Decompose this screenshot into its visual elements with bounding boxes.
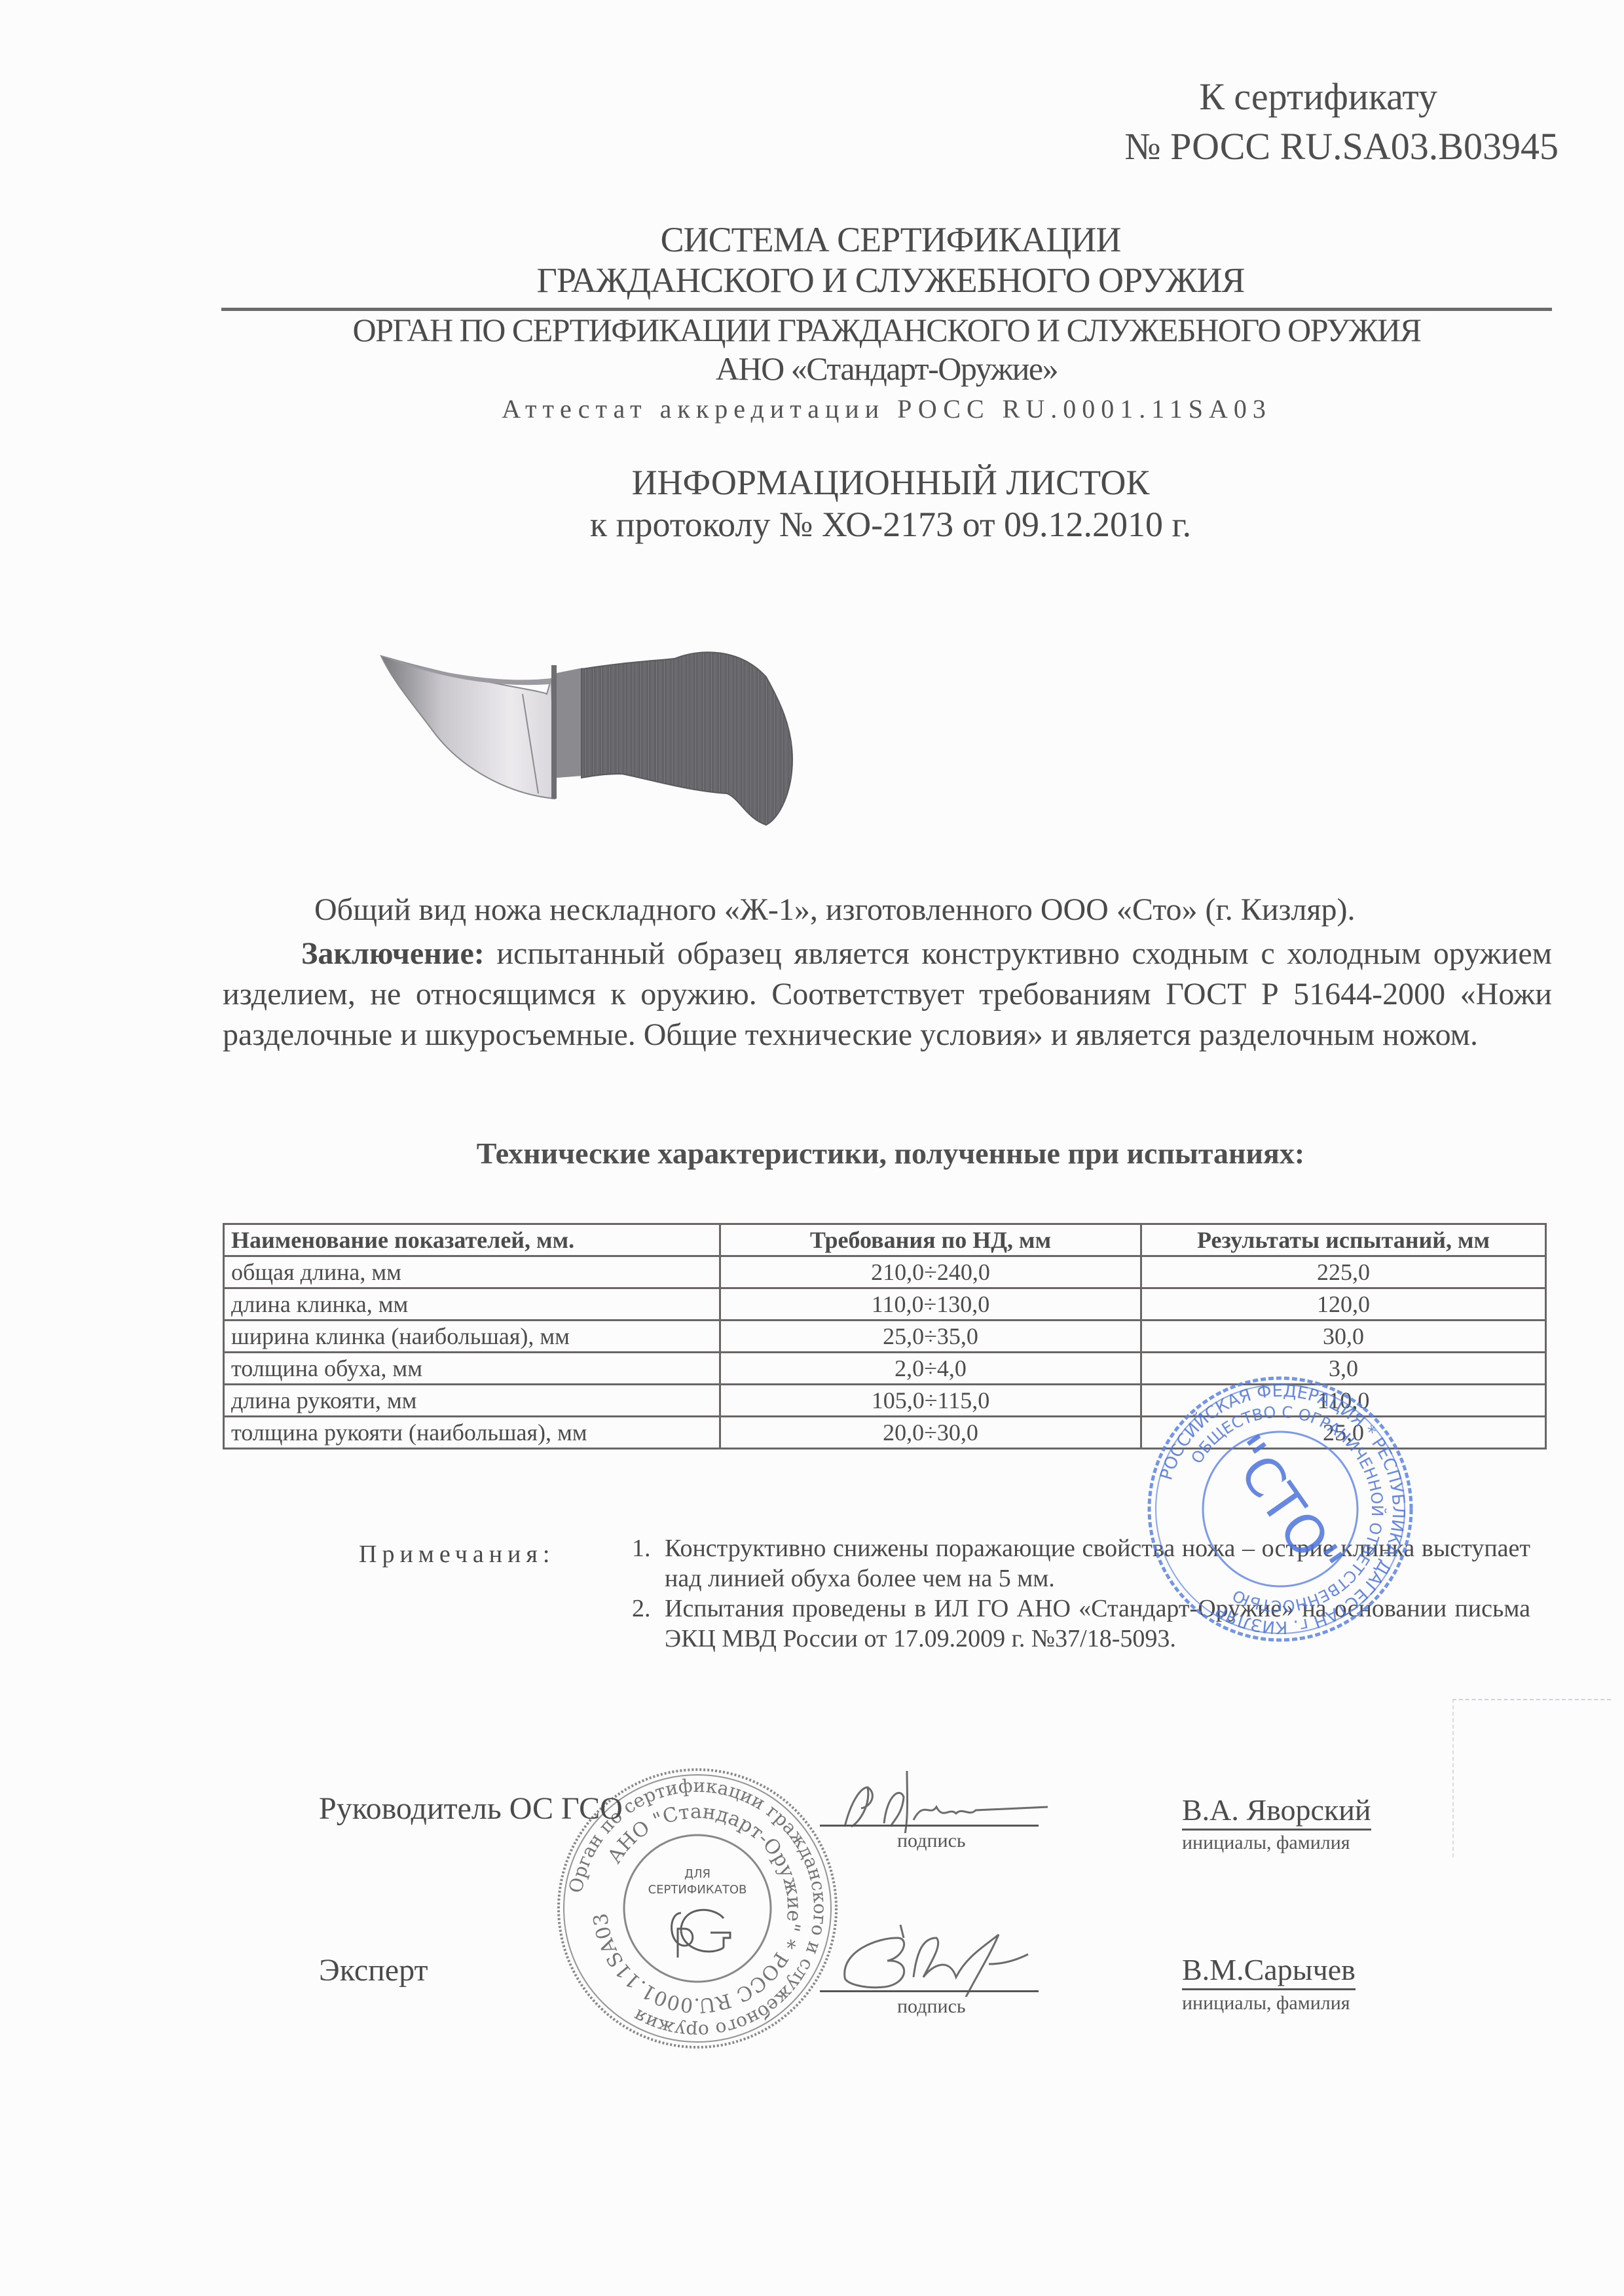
signature-line [820, 1990, 1039, 1992]
signatory-name: В.А. Яворский [1182, 1793, 1371, 1831]
signature-caption: подпись [897, 1830, 966, 1852]
notes-label: Примечания: [359, 1540, 555, 1569]
certificate-ref-label: К сертификату [1124, 72, 1437, 122]
test-result: 30,0 [1141, 1321, 1546, 1353]
tech-title: Технические характеристики, полученные п… [0, 1136, 1624, 1171]
stamp-center-line1: ДЛЯ [684, 1867, 710, 1881]
signatory-name: В.М.Сарычев [1182, 1952, 1356, 1990]
test-result: 120,0 [1141, 1288, 1546, 1321]
rst-mark-icon [672, 1910, 730, 1958]
accreditation: Аттестат аккредитации РОСС RU.0001.11SA0… [221, 388, 1552, 431]
signature-caption: подпись [897, 1995, 966, 2018]
image-caption: Общий вид ножа нескладного «Ж-1», изгото… [223, 890, 1552, 930]
name-caption: инициалы, фамилия [1182, 1832, 1350, 1854]
sheet-title: ИНФОРМАЦИОННЫЙ ЛИСТОК [0, 462, 1624, 503]
sheet-heading: ИНФОРМАЦИОННЫЙ ЛИСТОК к протоколу № ХО-2… [0, 462, 1624, 545]
stamp-center-line2: СЕРТИФИКАТОВ [648, 1883, 747, 1897]
description: Общий вид ножа нескладного «Ж-1», изгото… [223, 890, 1552, 1055]
certification-body: ОРГАН ПО СЕРТИФИКАЦИИ ГРАЖДАНСКОГО И СЛУ… [221, 308, 1552, 431]
system-title-line1: СИСТЕМА СЕРТИФИКАЦИИ [0, 219, 1624, 260]
required-value: 2,0÷4,0 [720, 1353, 1141, 1385]
org-title: ОРГАН ПО СЕРТИФИКАЦИИ ГРАЖДАНСКОГО И СЛУ… [221, 310, 1552, 350]
conclusion: Заключение: испытанный образец является … [223, 934, 1552, 1055]
system-title-line2: ГРАЖДАНСКОГО И СЛУЖЕБНОГО ОРУЖИЯ [0, 260, 1624, 301]
stamp-center-text: "СТО" [1214, 1424, 1355, 1588]
signature-line [820, 1825, 1039, 1827]
table-row: общая длина, мм210,0÷240,0225,0 [224, 1256, 1546, 1288]
faint-mark-icon [1452, 1699, 1611, 1857]
column-header: Наименование показателей, мм. [224, 1224, 720, 1256]
sheet-subtitle: к протоколу № ХО-2173 от 09.12.2010 г. [0, 503, 1624, 545]
required-value: 210,0÷240,0 [720, 1256, 1141, 1288]
handle [581, 652, 792, 825]
required-value: 20,0÷30,0 [720, 1417, 1141, 1449]
parameter-name: общая длина, мм [224, 1256, 720, 1288]
column-header: Требования по НД, мм [720, 1224, 1141, 1256]
company-stamp: РОССИЙСКАЯ ФЕДЕРАЦИЯ * РЕСПУБЛИКА ДАГЕСТ… [1143, 1372, 1418, 1647]
required-value: 105,0÷115,0 [720, 1385, 1141, 1417]
column-header: Результаты испытаний, мм [1141, 1224, 1546, 1256]
parameter-name: толщина рукояти (наибольшая), мм [224, 1417, 720, 1449]
org-name: АНО «Стандарт-Оружие» [221, 350, 1552, 388]
signatory-role: Эксперт [319, 1952, 428, 1988]
signature-1 [832, 1768, 1067, 1833]
required-value: 25,0÷35,0 [720, 1321, 1141, 1353]
note-number: 2. [632, 1594, 665, 1654]
knife-image [373, 622, 1421, 838]
table-row: ширина клинка (наибольшая), мм25,0÷35,03… [224, 1321, 1546, 1353]
system-title: СИСТЕМА СЕРТИФИКАЦИИ ГРАЖДАНСКОГО И СЛУЖ… [0, 219, 1624, 301]
note-number: 1. [632, 1533, 665, 1594]
parameter-name: длина рукояти, мм [224, 1385, 720, 1417]
name-caption: инициалы, фамилия [1182, 1992, 1350, 2014]
conclusion-label: Заключение: [301, 936, 485, 971]
signature-2 [838, 1912, 1048, 1997]
parameter-name: ширина клинка (наибольшая), мм [224, 1321, 720, 1353]
parameter-name: толщина обуха, мм [224, 1353, 720, 1385]
table-row: длина клинка, мм110,0÷130,0120,0 [224, 1288, 1546, 1321]
signatory-role: Руководитель ОС ГСО [319, 1791, 623, 1827]
parameter-name: длина клинка, мм [224, 1288, 720, 1321]
table-header-row: Наименование показателей, мм. Требования… [224, 1224, 1546, 1256]
test-result: 225,0 [1141, 1256, 1546, 1288]
required-value: 110,0÷130,0 [720, 1288, 1141, 1321]
certificate-reference: К сертификату № РОСС RU.SA03.B03945 [1124, 72, 1559, 172]
certificate-number: № РОСС RU.SA03.B03945 [1124, 122, 1559, 172]
